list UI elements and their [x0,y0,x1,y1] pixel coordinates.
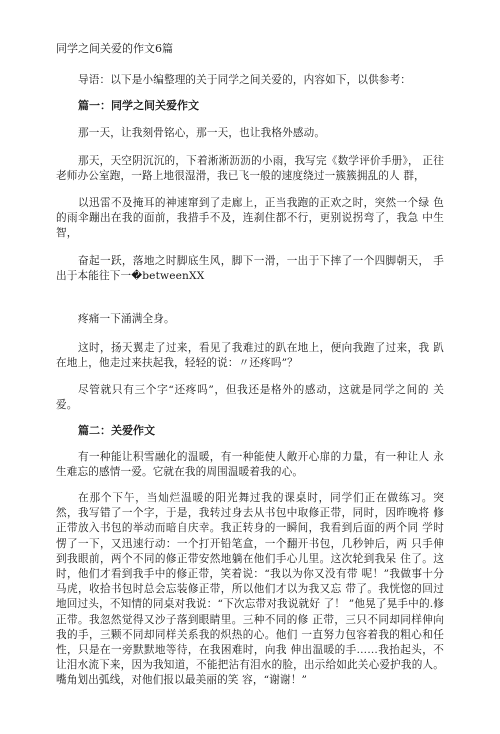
paragraph: 奋起一跃，落地之时脚底生风，脚下一滑，一出于下摔了一个四脚朝天， 手出于本能往下… [56,254,444,284]
paragraph: 以迅雷不及掩耳的神速窜到了走廊上，正当我跑的正欢之时，突然一个绿 色的雨伞蹦出在… [56,196,444,242]
section-heading-1: 篇一：同学之间关爱作文 [78,99,199,113]
section-heading-2: 篇二：关爱作文 [78,424,155,438]
document-title: 同学之间关爱的作文6篇 [56,42,173,56]
paragraph: 那一天，让我刻骨铭心，那一天，也让我格外感动。 [56,126,444,141]
paragraph: 尽管就只有三个字“还疼吗”，但我还是格外的感动，这就是同学之间的 关爱。 [56,383,444,413]
paragraph: 这时，扬天翼走了过来，看见了我难过的趴在地上，便向我跑了过来，我 趴在地上，他走… [56,341,444,371]
paragraph: 在那个下午，当灿烂温暖的阳光舞过我的课桌时，同学们正在做练习。突 然，我写错了一… [56,491,444,689]
paragraph: 有一种能让积雪融化的温暖，有一种能使人敞开心扉的力量，有一种让人 永生难忘的感情… [56,450,444,480]
intro-paragraph: 导语：以下是小编整理的关于同学之间关爱的，内容如下，以供参考： [56,73,444,88]
paragraph: 疼痛一下涌满全身。 [56,312,444,327]
paragraph: 那天，天空阴沉沉的，下着淅淅沥沥的小雨，我写完《数学评价手册》， 正往老师办公室… [56,154,444,184]
